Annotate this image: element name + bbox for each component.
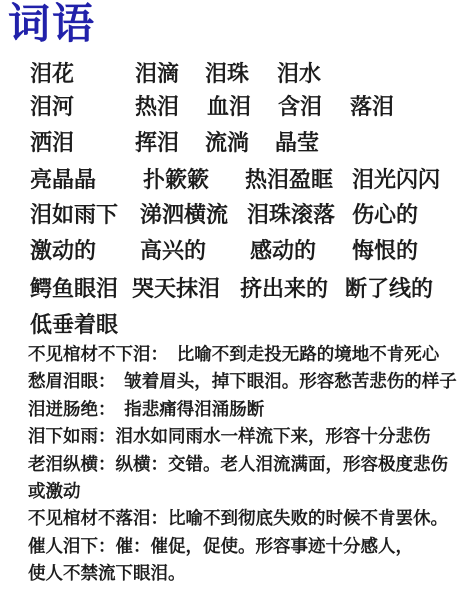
definition-line: 不见棺材不下泪： 比喻不到走投无路的境地不肯死心 (28, 342, 446, 369)
definition-line: 或激动 (28, 479, 446, 506)
word-item: 激动的 (30, 234, 96, 265)
word-item: 泪河 (30, 90, 74, 121)
word-item: 血泪 (207, 90, 251, 121)
word-item: 热泪 (135, 90, 179, 121)
word-item: 扑簌簌 (143, 163, 209, 194)
word-item: 泪珠滚落 (247, 198, 335, 229)
word-item: 落泪 (350, 90, 394, 121)
definition-line: 不见棺材不落泪：比喻不到彻底失败的时候不肯罢休。 (28, 506, 446, 533)
word-item: 鳄鱼眼泪 (30, 272, 118, 303)
definitions-list: 不见棺材不下泪： 比喻不到走投无路的境地不肯死心 愁眉泪眼： 皱着眉头，掉下眼泪… (28, 342, 446, 589)
word-row: 泪花 泪滴 泪珠 泪水 (0, 57, 463, 83)
word-item: 悔恨的 (352, 234, 418, 265)
definition-line: 泪迸肠绝： 指悲痛得泪涌肠断 (28, 397, 446, 424)
word-item: 流淌 (205, 126, 249, 157)
word-item: 泪花 (30, 57, 74, 88)
word-item: 泪光闪闪 (352, 163, 440, 194)
word-item: 泪水 (277, 57, 321, 88)
definition-line: 泪下如雨：泪水如同雨水一样流下来，形容十分悲伤 (28, 424, 446, 451)
word-row: 低垂着眼 (0, 308, 463, 334)
word-item: 泪如雨下 (30, 198, 118, 229)
word-item: 哭天抹泪 (132, 272, 220, 303)
page-title: 词语 (8, 0, 96, 48)
word-row: 亮晶晶 扑簌簌 热泪盈眶 泪光闪闪 (0, 163, 463, 189)
word-item: 感动的 (250, 234, 316, 265)
word-row: 泪如雨下 涕泗横流 泪珠滚落 伤心的 (0, 198, 463, 224)
word-item: 洒泪 (30, 126, 74, 157)
word-item: 伤心的 (352, 198, 418, 229)
definition-line: 愁眉泪眼： 皱着眉头，掉下眼泪。形容愁苦悲伤的样子 (28, 369, 446, 396)
word-row: 鳄鱼眼泪 哭天抹泪 挤出来的 断了线的 (0, 272, 463, 298)
word-item: 断了线的 (345, 272, 433, 303)
document-page: { "page": { "title": "词语", "title_color"… (0, 0, 463, 600)
word-item: 含泪 (278, 90, 322, 121)
word-item: 晶莹 (275, 126, 319, 157)
word-item: 亮晶晶 (30, 163, 96, 194)
word-item: 低垂着眼 (30, 308, 118, 339)
word-item: 泪滴 (135, 57, 179, 88)
word-item: 挥泪 (135, 126, 179, 157)
definition-line: 催人泪下：催：催促，促使。形容事迹十分感人， (28, 534, 446, 561)
word-item: 涕泗横流 (140, 198, 228, 229)
word-row: 泪河 热泪 血泪 含泪 落泪 (0, 90, 463, 116)
word-item: 高兴的 (140, 234, 206, 265)
word-row: 激动的 高兴的 感动的 悔恨的 (0, 234, 463, 260)
word-item: 泪珠 (205, 57, 249, 88)
word-item: 挤出来的 (240, 272, 328, 303)
definition-line: 老泪纵横：纵横：交错。老人泪流满面，形容极度悲伤 (28, 452, 446, 479)
word-row: 洒泪 挥泪 流淌 晶莹 (0, 126, 463, 152)
definition-line: 使人不禁流下眼泪。 (28, 561, 446, 588)
word-item: 热泪盈眶 (245, 163, 333, 194)
